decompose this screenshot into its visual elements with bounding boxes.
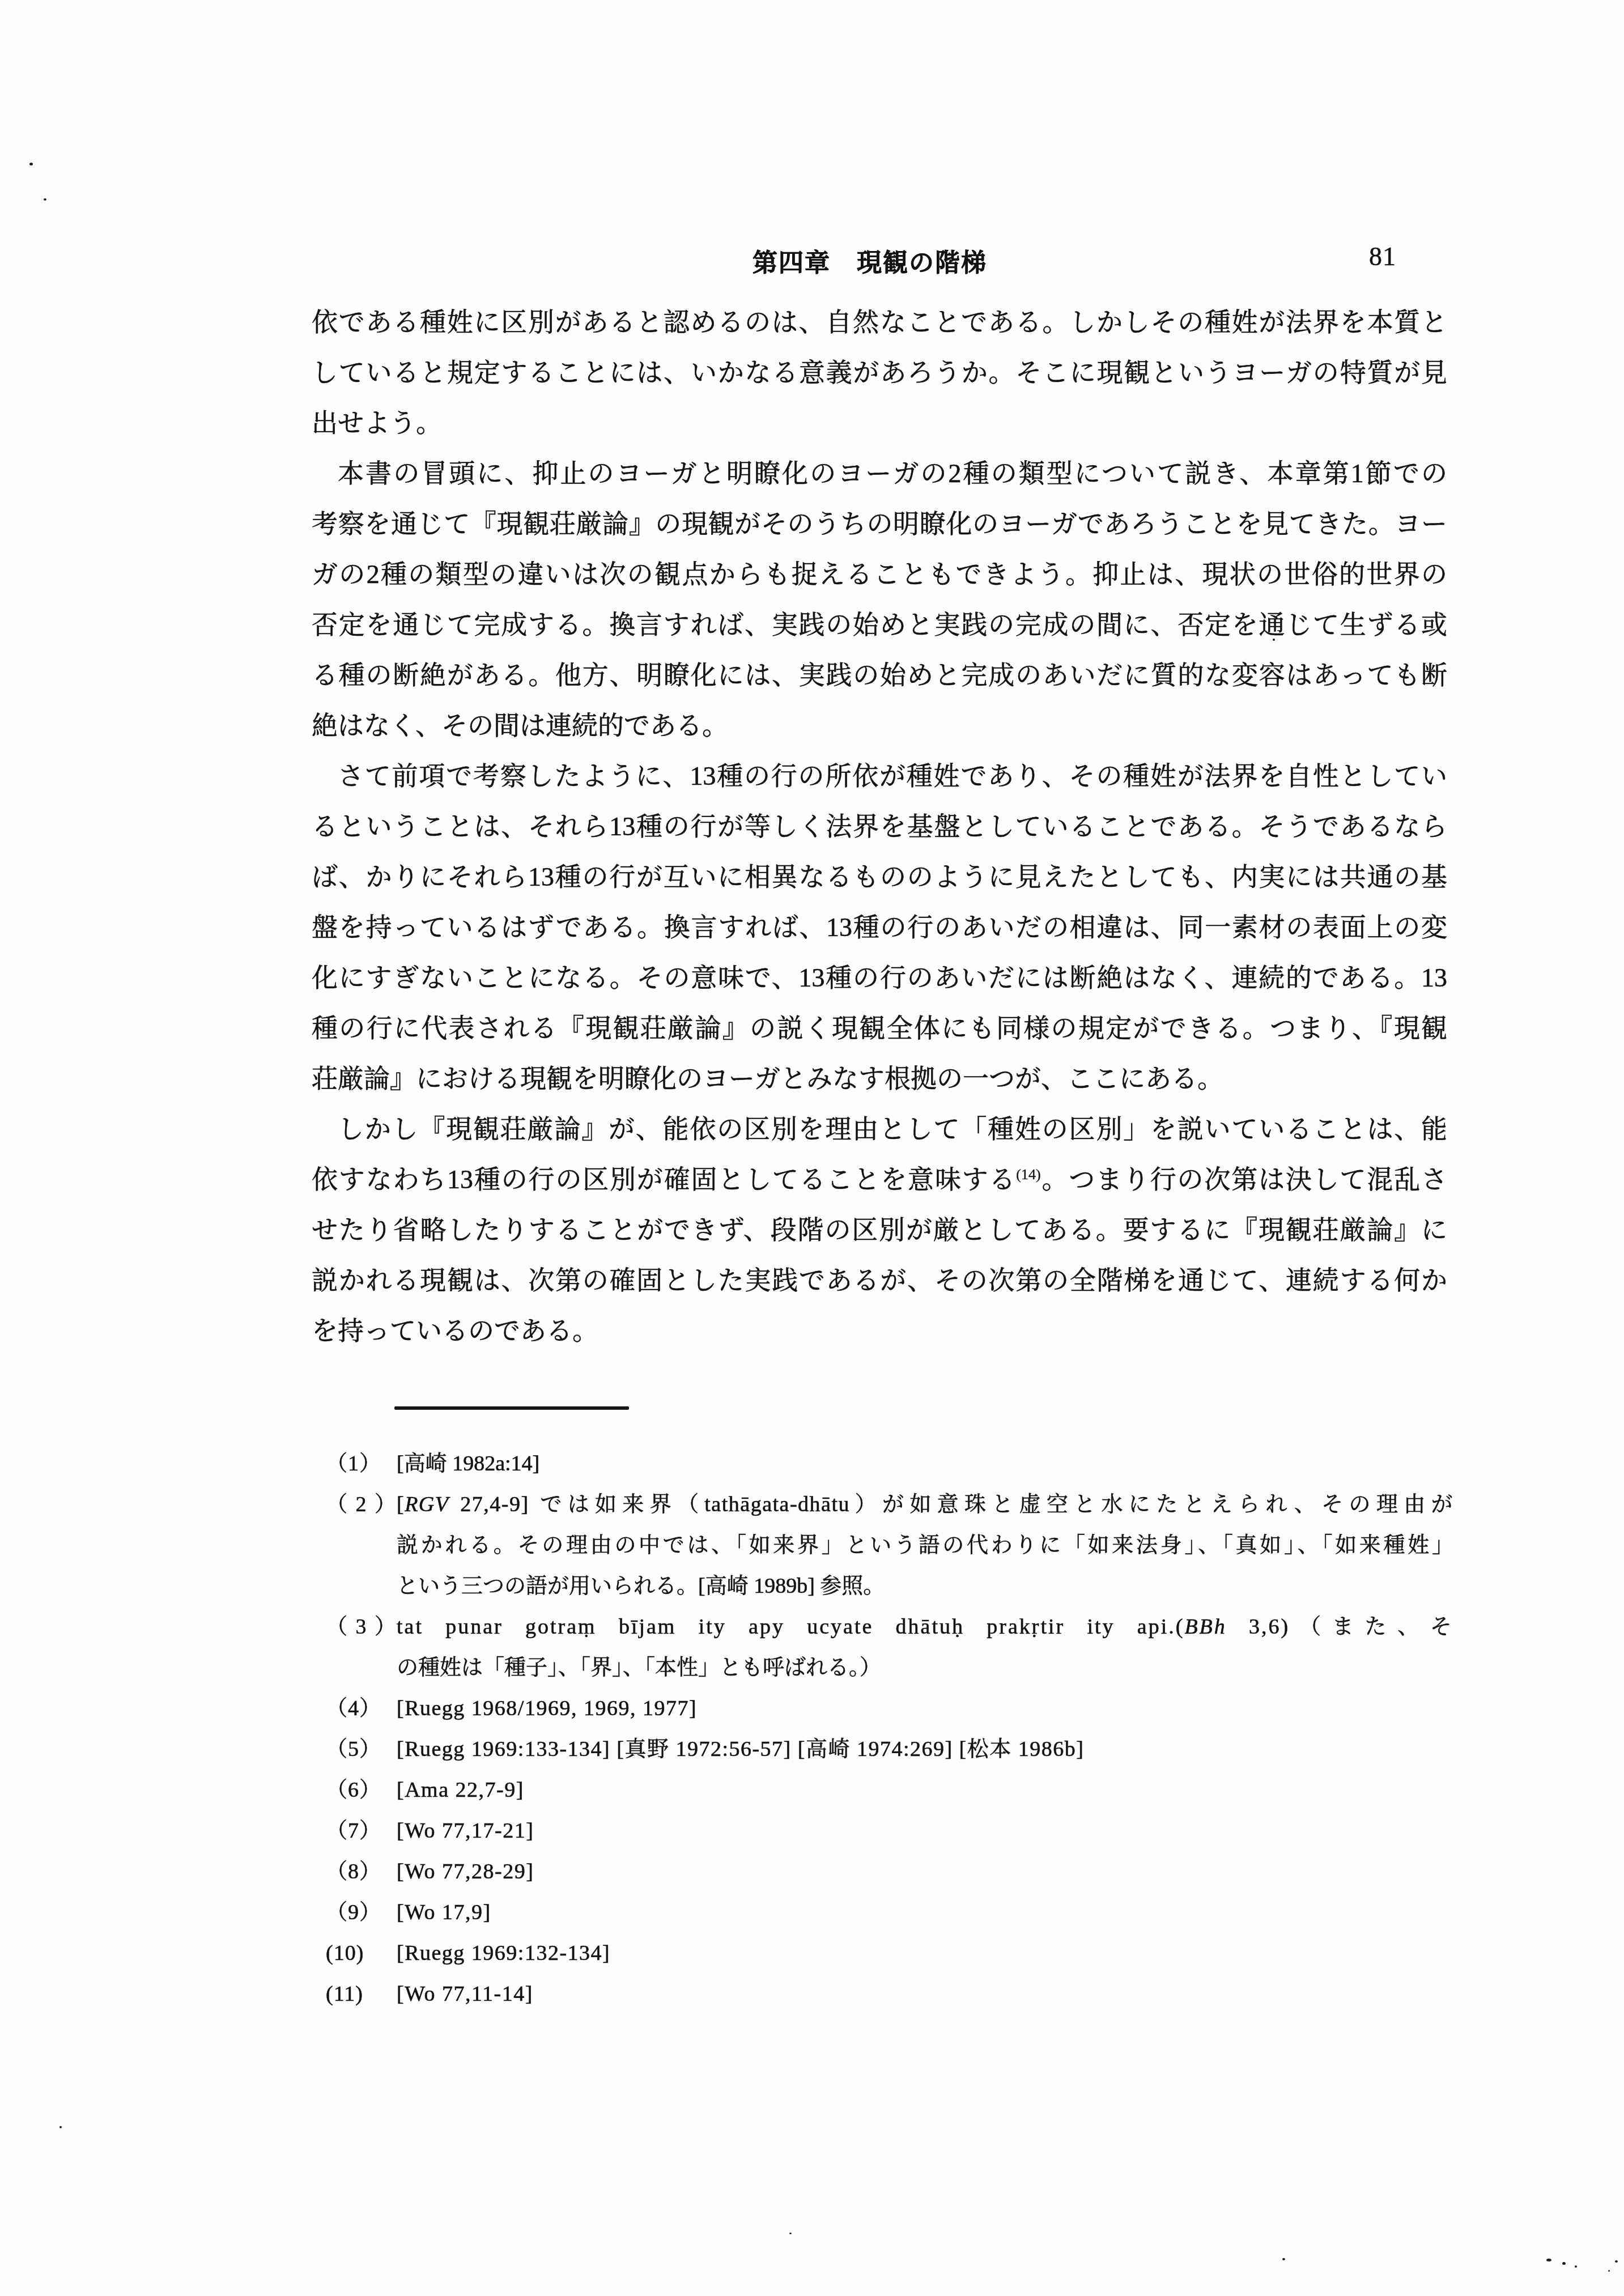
footnote-continuation: という三つの語が用いられる。[高崎 1989b] 参照。 — [326, 1566, 1453, 1606]
footnote-item: （4）[Ruegg 1968/1969, 1969, 1977] — [326, 1688, 1453, 1729]
footnote-item: （5）[Ruegg 1969:133-134] [真野 1972:56-57] … — [326, 1729, 1453, 1770]
body-line: しかし『現観荘厳論』が、能依の区別を理由として「種姓の区別」を説いていることは、… — [312, 1104, 1447, 1154]
body-line: 本書の冒頭に、抑止のヨーガと明瞭化のヨーガの2種の類型について説き、本章第1節で… — [312, 448, 1447, 499]
scan-speck — [29, 163, 33, 165]
body-line: 荘厳論』における現観を明瞭化のヨーガとみなす根拠の一つが、ここにある。 — [312, 1053, 1447, 1104]
body-line: を持っているのである。 — [312, 1306, 1447, 1356]
footnote-item: （6）[Ama 22,7-9] — [326, 1770, 1453, 1810]
scanned-book-page: 第四章 現観の階梯 81 依である種姓に区別があると認めるのは、自然なことである… — [0, 0, 1624, 2296]
footnote-item: （3）tat punar gotraṃ bījam ity apy ucyate… — [326, 1606, 1453, 1647]
footnote-number: （7） — [326, 1810, 397, 1851]
body-line: 化にすぎないことになる。その意味で、13種の行のあいだには断絶はなく、連続的であ… — [312, 953, 1447, 1003]
footnote-text: [RGV 27,4-9] では如来界（tathāgata-dhātu）が如意珠と… — [397, 1493, 1453, 1516]
footnote-text: 説かれる。その理由の中では、「如来界」という語の代わりに「如来法身」、「真如」、… — [397, 1533, 1453, 1557]
footnote-text: [高崎 1982a:14] — [397, 1452, 539, 1476]
footnote-item: （8）[Wo 77,28-29] — [326, 1851, 1453, 1892]
footnote-item: （1）[高崎 1982a:14] — [326, 1443, 1453, 1484]
body-line: ば、かりにそれら13種の行が互いに相異なるもののように見えたとしても、内実には共… — [312, 852, 1447, 902]
footnote-number: （2） — [326, 1484, 397, 1525]
footnote-text: [Wo 77,17-21] — [397, 1819, 534, 1843]
body-line: さて前項で考察したように、13種の行の所依が種姓であり、その種姓が法界を自性とし… — [312, 751, 1447, 801]
footnote-number: (11) — [326, 1974, 397, 2014]
scan-speck — [1282, 2258, 1285, 2260]
body-line-with-footnote-ref: 依すなわち13種の行の区別が確固としてることを意味する(14)。つまり行の次第は… — [312, 1154, 1447, 1205]
body-line: 依である種姓に区別があると認めるのは、自然なことである。しかしその種姓が法界を本… — [312, 297, 1447, 347]
footnote-item: （9）[Wo 17,9] — [326, 1892, 1453, 1933]
footnote-item: (11)[Wo 77,11-14] — [326, 1974, 1453, 2014]
footnote-item: (10)[Ruegg 1969:132-134] — [326, 1933, 1453, 1974]
footnote-text: [Ruegg 1969:133-134] [真野 1972:56-57] [高崎… — [397, 1737, 1084, 1761]
scan-speck — [1562, 2262, 1566, 2265]
footnote-text: [Ruegg 1969:132-134] — [397, 1941, 610, 1965]
body-line: 盤を持っているはずである。換言すれば、13種の行のあいだの相違は、同一素材の表面… — [312, 902, 1447, 953]
scan-speck — [1546, 2259, 1551, 2261]
footnote-number: （8） — [326, 1851, 397, 1892]
work-abbreviation: BBh — [1184, 1615, 1226, 1639]
body-line: 絶はなく、その間は連続的である。 — [312, 700, 1447, 751]
body-line: る種の断絶がある。他方、明瞭化には、実践の始めと完成のあいだに質的な変容はあって… — [312, 650, 1447, 700]
footnote-number: （9） — [326, 1892, 397, 1933]
scan-speck — [789, 2233, 792, 2234]
footnote-number: (10) — [326, 1933, 397, 1974]
footnote-continuation: の種姓は「種子」、「界」、「本性」とも呼ばれる。） — [326, 1647, 1453, 1688]
footnote-number: （1） — [326, 1443, 397, 1484]
footnote-text-segment: 3,6)（また、そ — [1227, 1615, 1453, 1639]
body-line: るということは、それら13種の行が等しく法界を基盤としていることである。そうであ… — [312, 801, 1447, 852]
footnote-text: tat punar gotraṃ bījam ity apy ucyate dh… — [397, 1615, 1453, 1639]
work-abbreviation: RGV — [405, 1493, 449, 1516]
footnote-item: （7）[Wo 77,17-21] — [326, 1810, 1453, 1851]
scan-speck — [1608, 2270, 1610, 2272]
footnote-text: という三つの語が用いられる。[高崎 1989b] 参照。 — [397, 1574, 885, 1598]
footnote-number: （4） — [326, 1688, 397, 1729]
sanskrit-quote: tat punar gotraṃ bījam ity apy ucyate dh… — [397, 1615, 1184, 1639]
body-line: 種の行に代表される『現観荘厳論』の説く現観全体にも同様の規定ができる。つまり、『… — [312, 1003, 1447, 1053]
scan-speck — [1615, 2260, 1618, 2263]
footnote-item: （2）[RGV 27,4-9] では如来界（tathāgata-dhātu）が如… — [326, 1484, 1453, 1525]
body-text: 依である種姓に区別があると認めるのは、自然なことである。しかしその種姓が法界を本… — [312, 297, 1447, 1356]
body-line: 出せよう。 — [312, 398, 1447, 448]
body-line: していると規定することには、いかなる意義があろうか。そこに現観というヨーガの特質… — [312, 347, 1447, 398]
body-line: せたり省略したりすることができず、段階の区別が厳としてある。要するに『現観荘厳論… — [312, 1205, 1447, 1255]
footnote-text: [Ama 22,7-9] — [397, 1778, 524, 1802]
footnote-text: [Wo 77,11-14] — [397, 1982, 533, 2006]
body-text-segment: 。つまり行の次第は決して混乱さ — [1041, 1165, 1447, 1194]
scan-speck — [59, 2126, 62, 2128]
footnote-number: （5） — [326, 1729, 397, 1770]
footnote-ref-14: (14) — [1016, 1166, 1040, 1183]
footnote-number: （6） — [326, 1770, 397, 1810]
body-line: 説かれる現観は、次第の確固とした実践であるが、その次第の全階梯を通じて、連続する… — [312, 1255, 1447, 1306]
footnote-text: の種姓は「種子」、「界」、「本性」とも呼ばれる。） — [397, 1656, 881, 1680]
footnote-text-segment: 27,4-9] では如来界（tathāgata-dhātu）が如意珠と虚空と水に… — [449, 1493, 1453, 1516]
body-text-segment: 依すなわち13種の行の区別が確固としてることを意味する — [312, 1165, 1016, 1194]
body-line: 考察を通じて『現観荘厳論』の現観がそのうちの明瞭化のヨーガであろうことを見てきた… — [312, 499, 1447, 549]
footnote-separator-rule — [394, 1406, 629, 1410]
footnote-number: （3） — [326, 1606, 397, 1647]
footnote-text: [Wo 77,28-29] — [397, 1860, 534, 1883]
footnote-text: [Ruegg 1968/1969, 1969, 1977] — [397, 1697, 697, 1720]
footnote-list: （1）[高崎 1982a:14] （2）[RGV 27,4-9] では如来界（t… — [326, 1443, 1453, 2014]
citation-bracket: [ — [397, 1493, 405, 1516]
scan-speck — [1273, 639, 1275, 641]
body-line: ガの2種の類型の違いは次の観点からも捉えることもできよう。抑止は、現状の世俗的世… — [312, 549, 1447, 599]
page-number: 81 — [1369, 241, 1396, 271]
running-header-chapter-title: 第四章 現観の階梯 — [753, 243, 987, 279]
scan-speck — [44, 198, 46, 201]
footnote-text: [Wo 17,9] — [397, 1900, 491, 1924]
scan-speck — [1575, 2265, 1577, 2268]
footnote-continuation: 説かれる。その理由の中では、「如来界」という語の代わりに「如来法身」、「真如」、… — [326, 1525, 1453, 1566]
body-line: 否定を通じて完成する。換言すれば、実践の始めと実践の完成の間に、否定を通じて生ず… — [312, 599, 1447, 650]
